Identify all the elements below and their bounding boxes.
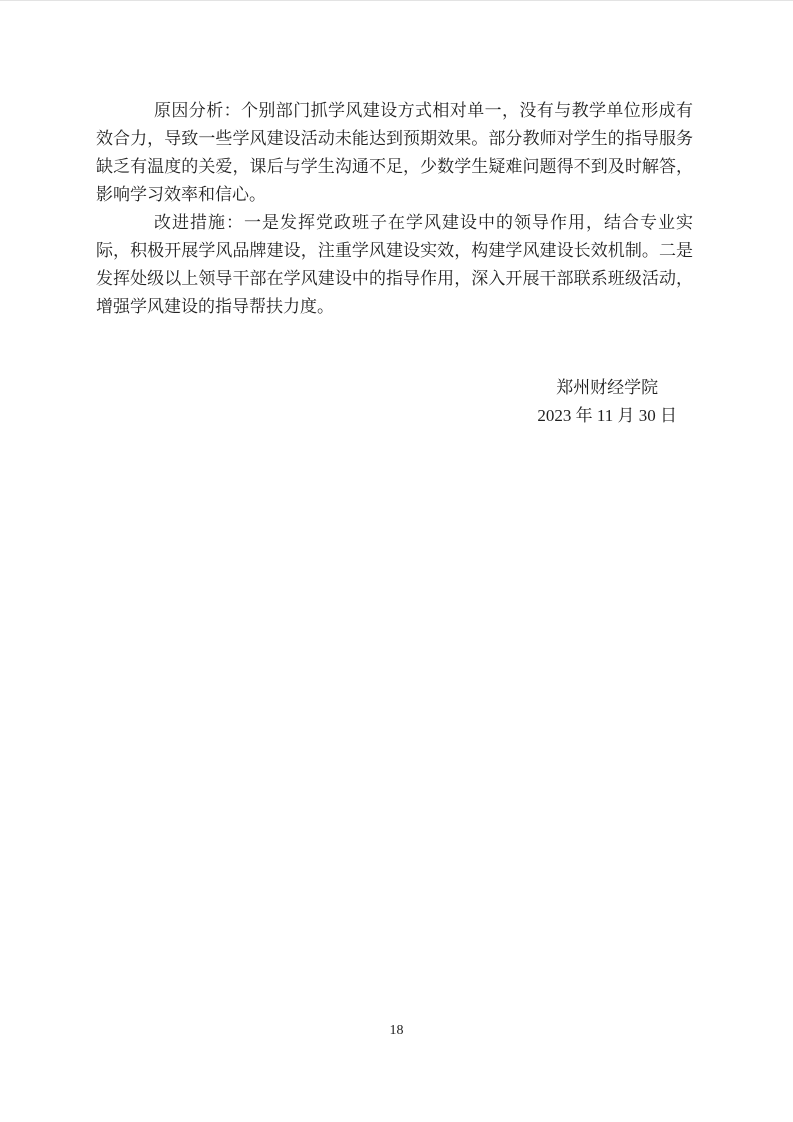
document-page: 原因分析：个别部门抓学风建设方式相对单一，没有与教学单位形成有效合力，导致一些学… xyxy=(0,0,793,1122)
document-body: 原因分析：个别部门抓学风建设方式相对单一，没有与教学单位形成有效合力，导致一些学… xyxy=(0,1,793,430)
paragraph-improvement-measures: 改进措施：一是发挥党政班子在学风建设中的领导作用，结合专业实际，积极开展学风品牌… xyxy=(96,209,693,321)
signature-organization: 郑州财经学院 xyxy=(537,374,677,402)
signature-block: 郑州财经学院 2023 年 11 月 30 日 xyxy=(537,374,677,430)
page-number: 18 xyxy=(0,1022,793,1040)
paragraph-cause-analysis: 原因分析：个别部门抓学风建设方式相对单一，没有与教学单位形成有效合力，导致一些学… xyxy=(96,97,693,209)
signature-date: 2023 年 11 月 30 日 xyxy=(537,402,677,430)
